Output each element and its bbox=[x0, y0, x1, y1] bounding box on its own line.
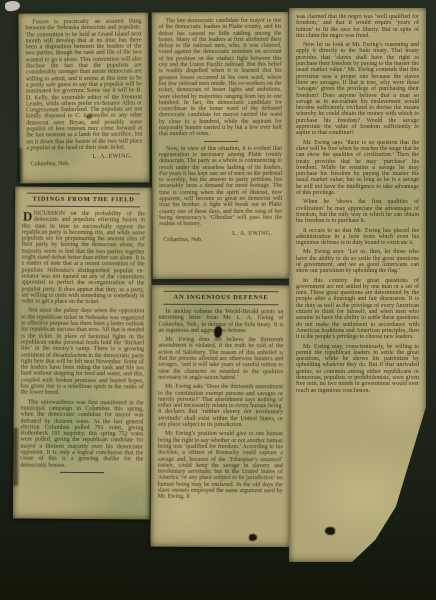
clipping-paragraph: It occurs to us that Mr. Ewing has place… bbox=[296, 228, 419, 247]
section-rule bbox=[203, 141, 237, 142]
paragraph-text: ISCUSSION on the probability of the demo… bbox=[21, 211, 145, 306]
clipping-paragraph: Mr. Ewing may, conscientiously, be willi… bbox=[296, 344, 419, 394]
clipping-paragraph: In this country the great questions of g… bbox=[296, 278, 419, 341]
clipping-paragraph: Now, in view of this situation, it is ev… bbox=[159, 145, 282, 227]
newspaper-clipping-left-top: Fusion is practically an assured thing b… bbox=[18, 12, 149, 183]
dateline: Columbus, Neb. bbox=[27, 160, 143, 167]
clipping-paragraph: was claimed that the negro was ‘well qua… bbox=[296, 14, 419, 39]
newspaper-clipping-left-bottom: TIDINGS FROM THE FIELD DISCUSSION on the… bbox=[13, 187, 152, 520]
clipping-text: Fusion is practically an assured thing b… bbox=[25, 18, 142, 167]
clipping-paragraph: Now let us look at Mr. Ewing’s reasoning… bbox=[296, 42, 419, 136]
clipping-paragraph: Mr. Ewing asks ‘Does the thirteenth amen… bbox=[158, 384, 283, 429]
dateline: Columbus, Neb. bbox=[159, 237, 282, 244]
paper-speck bbox=[4, 0, 20, 12]
clipping-headline: AN INGENIOUS DEFENSE bbox=[163, 291, 278, 306]
clipping-paragraph: This untowardness was first manifested i… bbox=[20, 399, 143, 469]
clipping-paragraph: Mr. Ewing does not believe the thirteent… bbox=[158, 337, 283, 382]
ink-blot bbox=[325, 527, 335, 535]
clipping-paragraph: The late democratic candidate for mayor … bbox=[159, 18, 282, 138]
shadow-streak bbox=[13, 428, 18, 486]
clipping-paragraph: When he ‘shows the first qualities of ci… bbox=[296, 199, 419, 224]
clipping-paragraph: Mr. Ewing’s position would give to one h… bbox=[158, 431, 283, 501]
newspaper-clipping-middle-top: The late democratic candidate for mayor … bbox=[152, 12, 290, 279]
clipping-paragraph: Mr. Ewing says ‘there is no question tha… bbox=[296, 140, 419, 197]
ink-blot bbox=[86, 114, 92, 119]
newspaper-clipping-middle-bottom: AN INGENIOUS DEFENSE In another column t… bbox=[150, 285, 290, 548]
clipping-text: TIDINGS FROM THE FIELD DISCUSSION on the… bbox=[20, 193, 145, 474]
shadow-streak bbox=[18, 148, 22, 182]
clipping-paragraph: Not since the palmy days when the opposi… bbox=[21, 308, 145, 397]
drop-cap: D bbox=[23, 211, 32, 222]
clipping-text: The late democratic candidate for mayor … bbox=[159, 18, 283, 244]
clipping-paragraph: DISCUSSION on the probability of the dem… bbox=[21, 211, 145, 306]
end-rule bbox=[60, 472, 104, 473]
clipping-text: AN INGENIOUS DEFENSE In another column t… bbox=[158, 291, 284, 501]
clipping-paragraph: Mr. Ewing says: ‘Let us, then, let those… bbox=[296, 249, 419, 274]
clipping-headline: TIDINGS FROM THE FIELD bbox=[27, 193, 140, 208]
newspaper-clipping-right: was claimed that the negro was ‘well qua… bbox=[289, 8, 426, 562]
clipping-text: was claimed that the negro was ‘well qua… bbox=[296, 14, 419, 394]
scrapbook-page: Fusion is practically an assured thing b… bbox=[0, 0, 436, 600]
clipping-paragraph: Fusion is practically an assured thing b… bbox=[25, 18, 142, 151]
